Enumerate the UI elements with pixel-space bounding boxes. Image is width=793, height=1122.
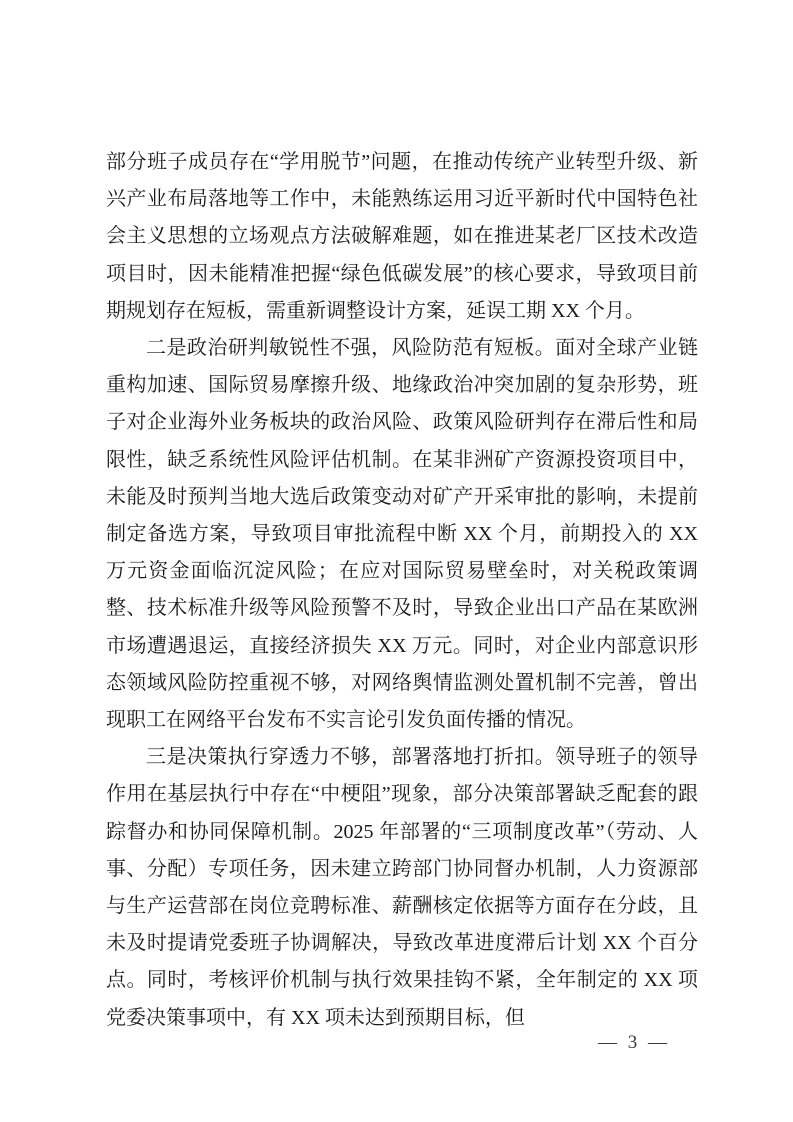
body-paragraph-continuation: 部分班子成员存在“学用脱节”问题，在推动传统产业转型升级、新兴产业布局落地等工作…	[106, 144, 698, 330]
document-page: 部分班子成员存在“学用脱节”问题，在推动传统产业转型升级、新兴产业布局落地等工作…	[0, 0, 793, 1122]
page-number: — 3 —	[598, 1031, 670, 1055]
document-body: 部分班子成员存在“学用脱节”问题，在推动传统产业转型升级、新兴产业布局落地等工作…	[106, 144, 698, 1037]
body-paragraph-point-two: 二是政治研判敏锐性不强，风险防范有短板。面对全球产业链重构加速、国际贸易摩擦升级…	[106, 330, 698, 739]
body-paragraph-point-three: 三是决策执行穿透力不够，部署落地打折扣。领导班子的领导作用在基层执行中存在“中梗…	[106, 739, 698, 1037]
